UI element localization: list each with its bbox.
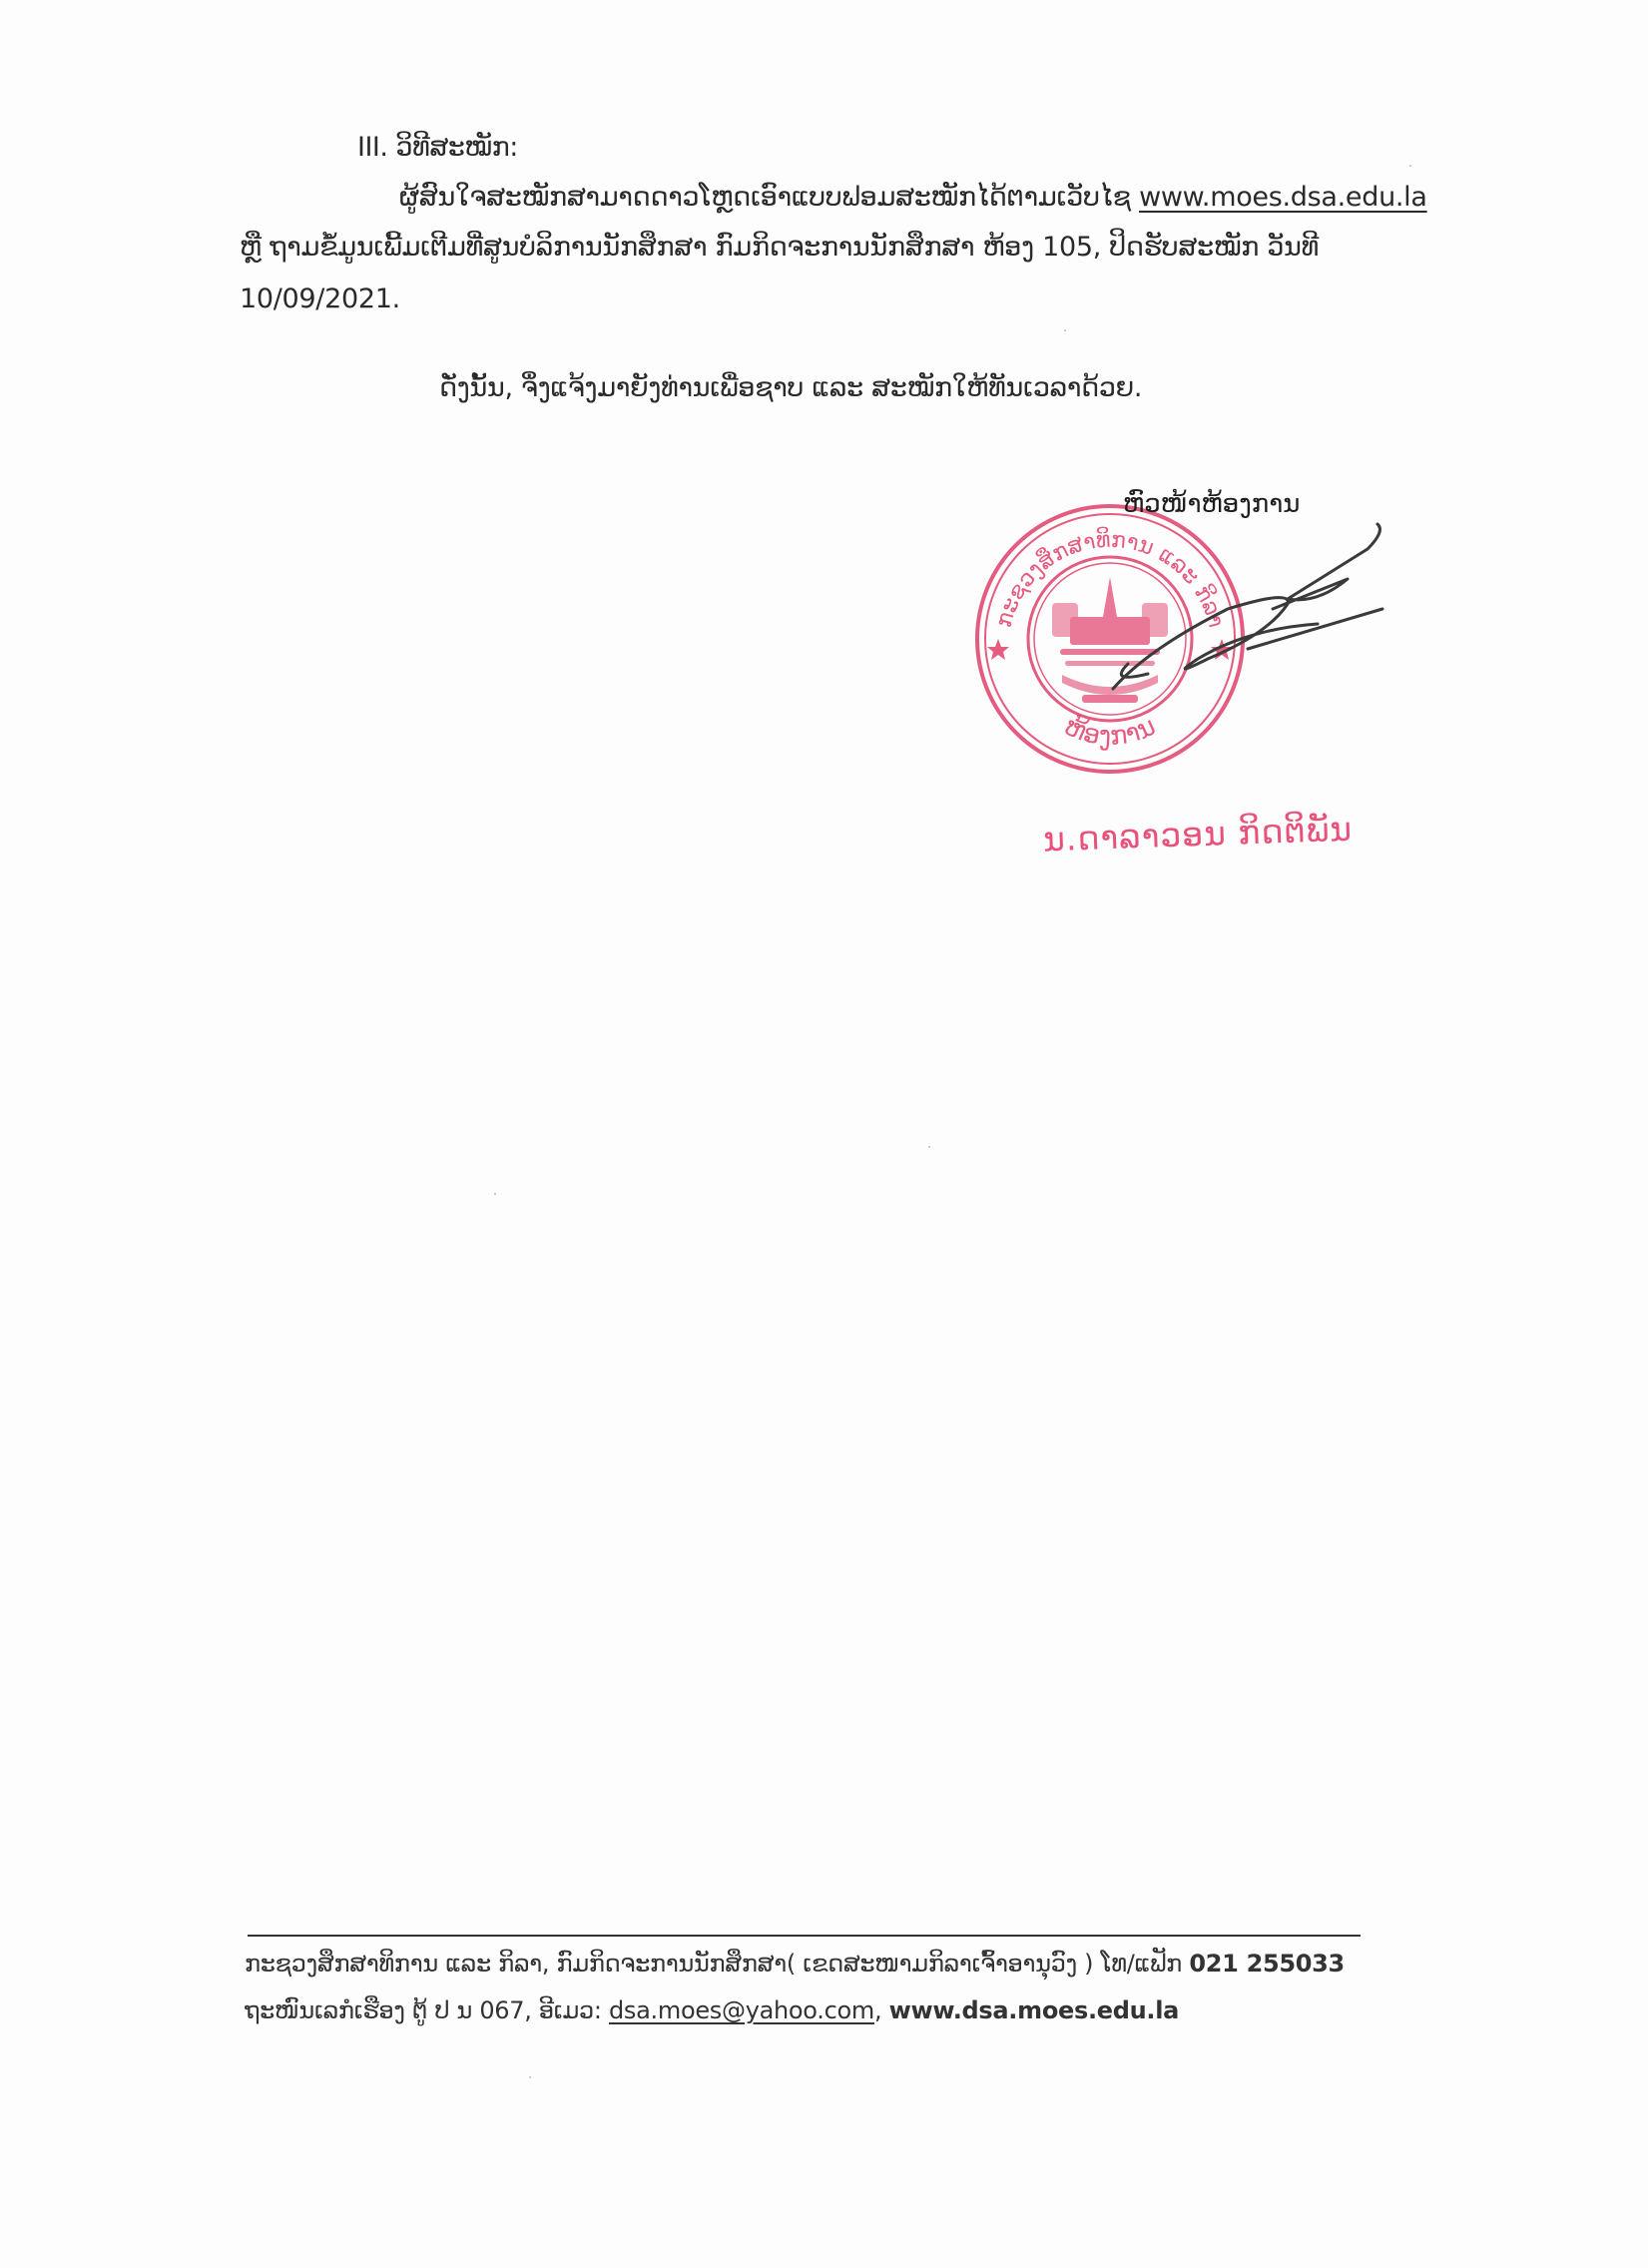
footer-divider: [248, 1935, 1361, 1937]
section-heading: III. ວິທີສະໝັກ:: [357, 132, 518, 163]
footer-org-text: ກະຊວງສຶກສາທິການ ແລະ ກິລາ, ກົມກິດຈະການນັກ…: [245, 1950, 1189, 1978]
paragraph-line-2: ຫຼື ຖາມຂໍ້ມູນເພີ້ມເຕີມທີ່ສູນບໍລິການນັກສຶ…: [240, 232, 1319, 263]
handwritten-signature: [1048, 509, 1397, 709]
svg-text:ຫ້ອງການ: ຫ້ອງການ: [1060, 710, 1161, 752]
scan-speck: [529, 2076, 531, 2078]
scan-speck: [494, 1193, 496, 1195]
scan-speck: [1409, 165, 1411, 167]
footer-email-link[interactable]: dsa.moes@yahoo.com: [609, 1996, 874, 2024]
footer-phone: 021 255033: [1189, 1950, 1345, 1978]
signer-name: ນ.ດາລາວອນ ກິດຕິພັນ: [1042, 810, 1353, 859]
paragraph-line-3: 10/09/2021.: [240, 283, 400, 314]
paragraph-text: ຜູ້ສົນໃຈສະໝັກສາມາດດາວໂຫຼດເອົາແບບຟອມສະໝັກ…: [399, 182, 1139, 213]
closing-sentence: ດັ່ງນັ້ນ, ຈຶ່ງແຈ້ງມາຍັງທ່ານເພື່ອຊາບ ແລະ …: [439, 372, 1142, 403]
footer-contact-line: ຖະໜົນເລກໍເຮືອງ ຕູ້ ປ ນ 067, ອີເມວ: dsa.m…: [245, 1996, 1179, 2024]
footer-street-text: ຖະໜົນເລກໍເຮືອງ ຕູ້ ປ ນ 067, ອີເມວ:: [245, 1996, 609, 2024]
footer-separator: ,: [874, 1996, 889, 2024]
footer-address-line: ກະຊວງສຶກສາທິການ ແລະ ກິລາ, ກົມກິດຈະການນັກ…: [245, 1950, 1345, 1978]
scan-speck: [928, 1146, 930, 1148]
paragraph-line-1: ຜູ້ສົນໃຈສະໝັກສາມາດດາວໂຫຼດເອົາແບບຟອມສະໝັກ…: [399, 182, 1427, 213]
footer-website-link[interactable]: www.dsa.moes.edu.la: [889, 1996, 1179, 2024]
scan-speck: [1064, 329, 1066, 331]
website-link[interactable]: www.moes.dsa.edu.la: [1139, 182, 1427, 213]
signature-icon: [1048, 509, 1397, 709]
